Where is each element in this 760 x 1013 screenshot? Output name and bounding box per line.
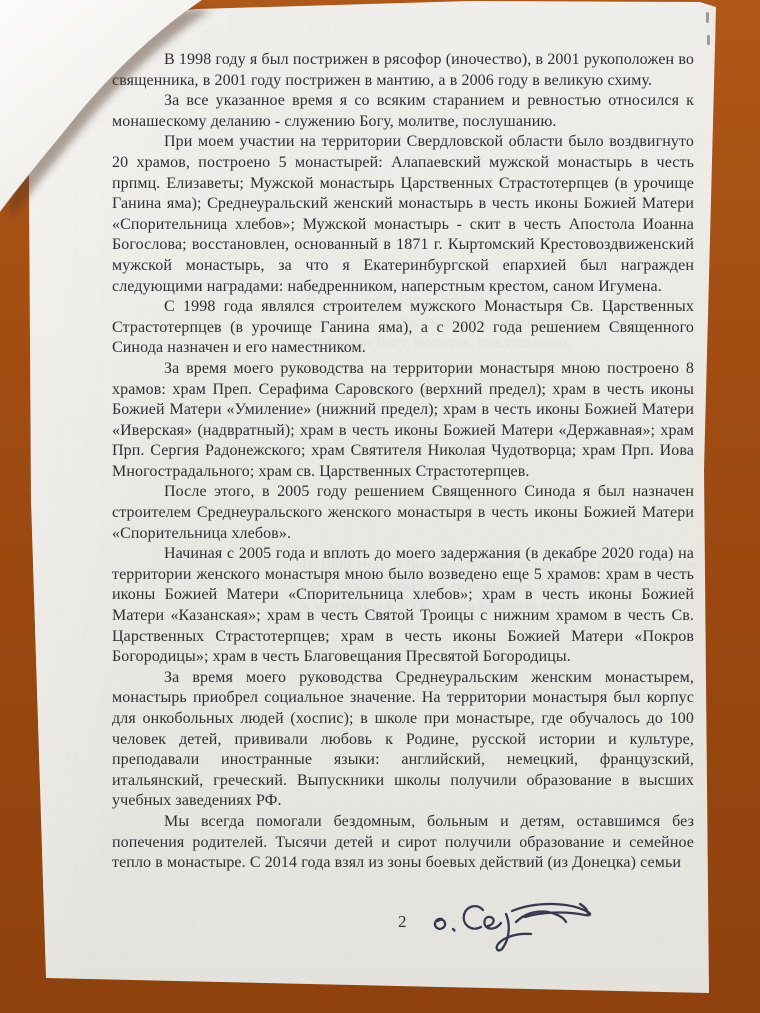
paragraph: Начиная с 2005 года и вплоть до моего за… — [112, 544, 694, 668]
staple-mark — [707, 35, 710, 45]
paragraph: За время моего руководства на территории… — [112, 359, 694, 483]
paragraph: После этого, в 2005 году решением Священ… — [112, 482, 694, 544]
page-number: 2 — [398, 912, 407, 932]
staple-mark — [706, 12, 709, 23]
photo-of-document: За все указанное время я со всяким стара… — [0, 0, 760, 1013]
paragraph: С 1998 года являлся строителем мужского … — [112, 297, 694, 359]
paragraph: Мы всегда помогали бездомным, больным и … — [112, 812, 694, 874]
folded-page-corner — [0, 0, 290, 260]
paragraph: За время моего руководства Среднеуральск… — [112, 668, 694, 812]
handwritten-signature-icon — [428, 884, 603, 956]
